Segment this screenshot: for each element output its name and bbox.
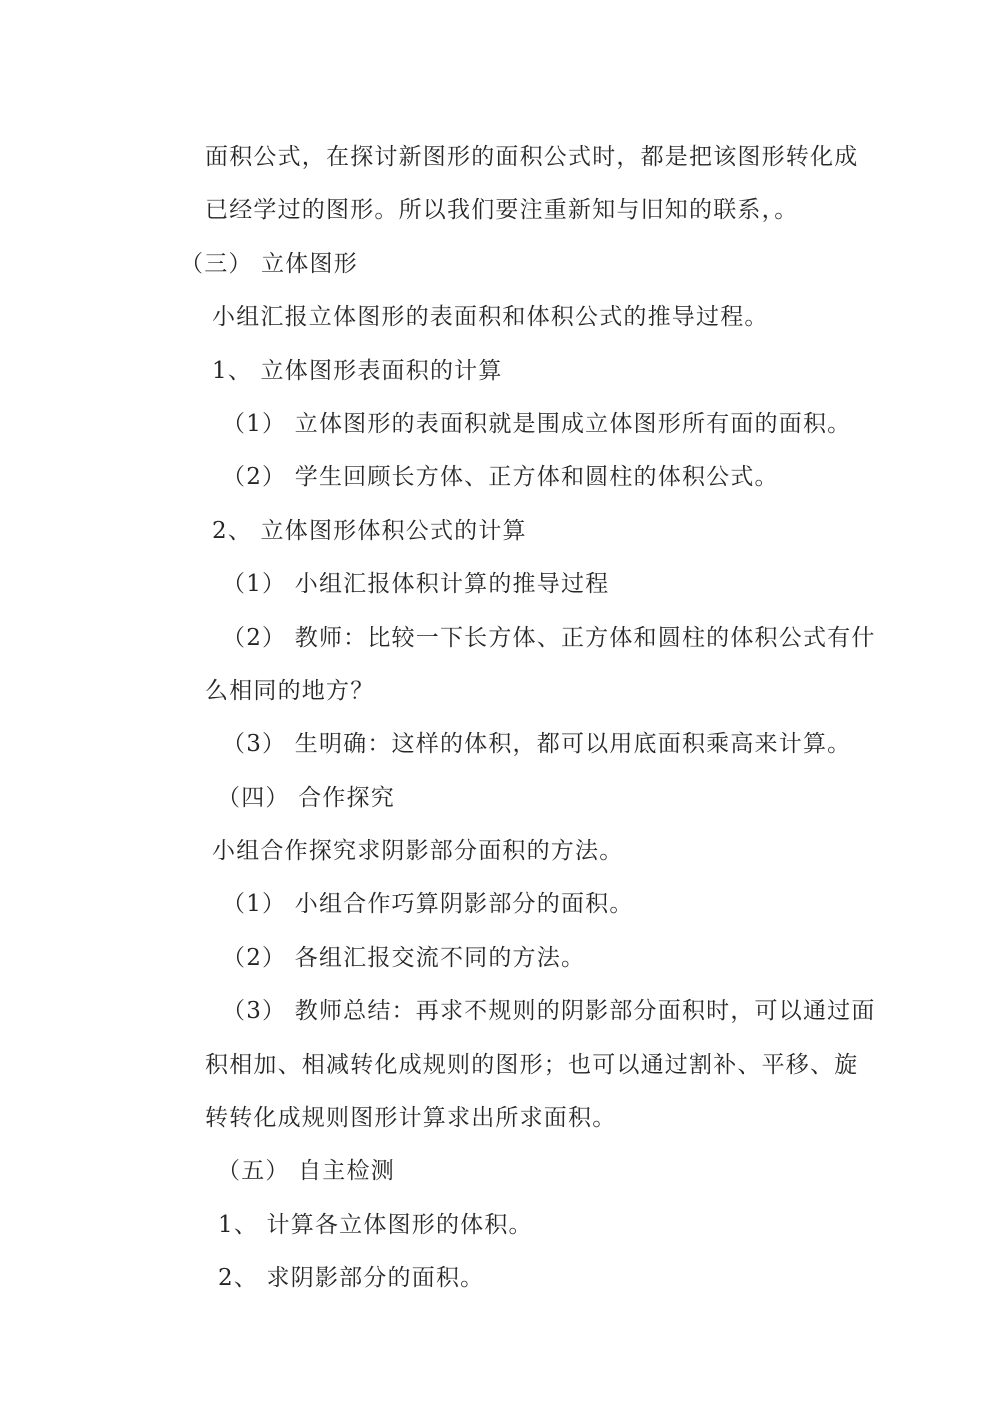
section-heading: （四） 合作探究 [217,772,1000,825]
section-heading: （五） 自主检测 [217,1145,1000,1198]
list-item: （1） 立体图形的表面积就是围成立体图形所有面的面积。 [222,398,1000,451]
text-line: 面积公式，在探讨新图形的面积公式时，都是把该图形转化成 [205,131,1000,184]
text-line: 小组汇报立体图形的表面积和体积公式的推导过程。 [212,291,1000,344]
list-item: （2） 学生回顾长方体、正方体和圆柱的体积公式。 [222,451,1000,504]
document-page: 面积公式，在探讨新图形的面积公式时，都是把该图形转化成 已经学过的图形。所以我们… [0,0,1000,1415]
list-item: （1） 小组汇报体积计算的推导过程 [222,558,1000,611]
list-item: 2、 求阴影部分的面积。 [218,1252,1000,1305]
text-line: 转转化成规则图形计算求出所求面积。 [205,1092,1000,1145]
list-item: 2、 立体图形体积公式的计算 [212,505,1000,558]
list-item: 1、 立体图形表面积的计算 [212,345,1000,398]
list-item: （1） 小组合作巧算阴影部分的面积。 [222,878,1000,931]
text-line: 么相同的地方？ [205,665,1000,718]
text-line: 积相加、相减转化成规则的图形；也可以通过割补、平移、旋 [205,1039,1000,1092]
list-item: （3） 教师总结：再求不规则的阴影部分面积时，可以通过面 [222,985,1000,1038]
list-item: （3） 生明确：这样的体积，都可以用底面积乘高来计算。 [222,718,1000,771]
list-item: （2） 各组汇报交流不同的方法。 [222,932,1000,985]
text-line: 小组合作探究求阴影部分面积的方法。 [212,825,1000,878]
list-item: 1、 计算各立体图形的体积。 [218,1199,1000,1252]
text-line: 已经学过的图形。所以我们要注重新知与旧知的联系，。 [205,184,1000,237]
section-heading: （三） 立体图形 [180,238,1000,291]
list-item: （2） 教师：比较一下长方体、正方体和圆柱的体积公式有什 [222,612,1000,665]
document-body: 面积公式，在探讨新图形的面积公式时，都是把该图形转化成 已经学过的图形。所以我们… [0,131,1000,1306]
